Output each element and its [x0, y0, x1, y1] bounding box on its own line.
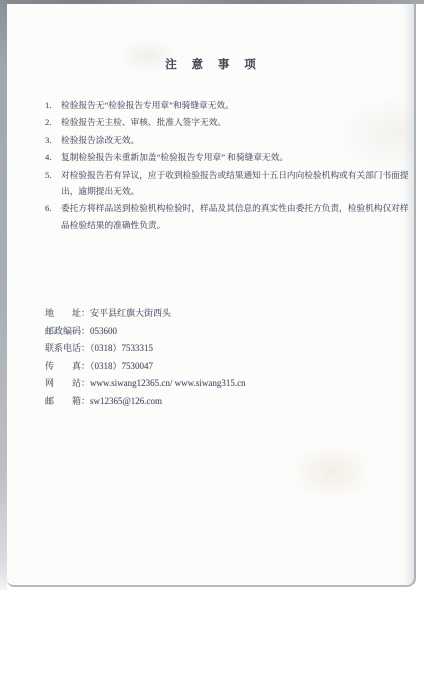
- notice-text: 委托方将样品送到检验机构检验时，样品及其信息的真实性由委托方负责，检验机构仅对样…: [61, 200, 414, 233]
- contact-row-fax: 传 真：（0318）7530047: [45, 358, 246, 376]
- contact-row-email: 邮 箱：sw12365@126.com: [45, 393, 246, 411]
- notice-number: 6.: [45, 200, 61, 216]
- contact-value: 安平县红旗大街西头: [90, 308, 171, 318]
- contact-row-address: 地 址：安平县红旗大街西头: [45, 305, 246, 323]
- notice-item: 6. 委托方将样品送到检验机构检验时，样品及其信息的真实性由委托方负责，检验机构…: [45, 200, 414, 233]
- notice-number: 3.: [45, 132, 61, 148]
- contact-row-postcode: 邮政编码：053600: [45, 323, 246, 341]
- notice-text: 复制检验报告未重新加盖“检验报告专用章” 和骑缝章无效。: [61, 149, 414, 165]
- notice-number: 4.: [45, 149, 61, 165]
- contact-value: www.siwang12365.cn/ www.siwang315.cn: [90, 378, 246, 388]
- notice-item: 2. 检验报告无主检、审核、批准人签字无效。: [45, 114, 414, 130]
- notice-item: 3. 检验报告涂改无效。: [45, 132, 414, 148]
- notice-number: 2.: [45, 114, 61, 130]
- scanned-document: 注 意 事 项 1. 检验报告无“检验报告专用章”和骑缝章无效。 2. 检验报告…: [0, 0, 424, 700]
- notice-number: 5.: [45, 167, 61, 183]
- contact-value: （0318）7533315: [90, 343, 153, 353]
- contact-block: 地 址：安平县红旗大街西头 邮政编码：053600 联系电话：（0318）753…: [45, 305, 246, 410]
- contact-label: 邮政编码：: [45, 326, 90, 336]
- notice-text: 对检验报告若有异议，应于收到检验报告或结果通知十五日内向检验机构或有关部门书面提…: [61, 167, 414, 200]
- notice-text: 检验报告无主检、审核、批准人签字无效。: [61, 114, 414, 130]
- notice-text: 检验报告无“检验报告专用章”和骑缝章无效。: [61, 97, 414, 113]
- scanner-left-edge: [0, 0, 7, 590]
- contact-label: 邮 箱：: [45, 396, 90, 406]
- contact-label: 地 址：: [45, 308, 90, 318]
- contact-label: 网 站：: [45, 378, 90, 388]
- contact-value: （0318）7530047: [90, 361, 153, 371]
- notice-list: 1. 检验报告无“检验报告专用章”和骑缝章无效。 2. 检验报告无主检、审核、批…: [7, 97, 414, 233]
- notice-item: 4. 复制检验报告未重新加盖“检验报告专用章” 和骑缝章无效。: [45, 149, 414, 165]
- page-title: 注 意 事 项: [7, 56, 414, 72]
- contact-row-website: 网 站：www.siwang12365.cn/ www.siwang315.cn: [45, 375, 246, 393]
- contact-label: 传 真：: [45, 361, 90, 371]
- notice-item: 5. 对检验报告若有异议，应于收到检验报告或结果通知十五日内向检验机构或有关部门…: [45, 167, 414, 200]
- contact-label: 联系电话：: [45, 343, 90, 353]
- notice-text: 检验报告涂改无效。: [61, 132, 414, 148]
- contact-row-phone: 联系电话：（0318）7533315: [45, 340, 246, 358]
- notice-number: 1.: [45, 97, 61, 113]
- contact-value: 053600: [90, 326, 117, 336]
- page-sheet: 注 意 事 项 1. 检验报告无“检验报告专用章”和骑缝章无效。 2. 检验报告…: [7, 4, 416, 587]
- contact-value: sw12365@126.com: [90, 396, 162, 406]
- notice-item: 1. 检验报告无“检验报告专用章”和骑缝章无效。: [45, 97, 414, 113]
